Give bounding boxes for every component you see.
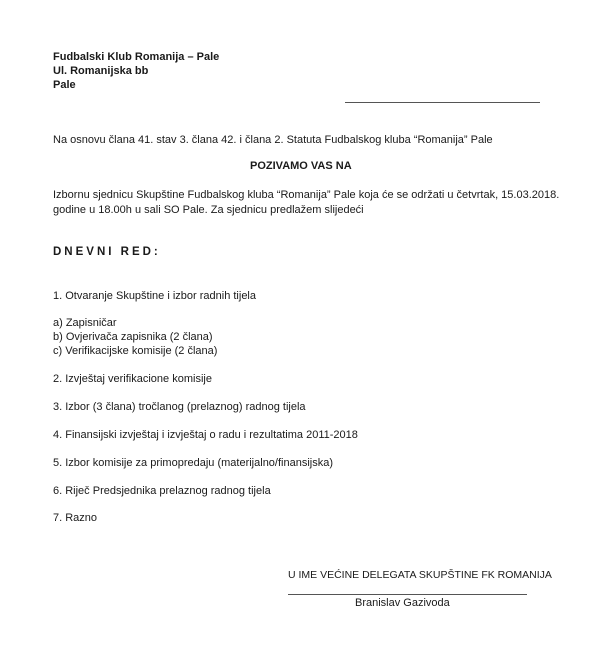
recipient-blank-line (345, 102, 540, 103)
agenda-subitem-c: c) Verifikacijske komisije (2 člana) (53, 344, 217, 358)
sender-name: Fudbalski Klub Romanija – Pale (53, 50, 219, 64)
signatory-name: Branislav Gazivoda (355, 596, 450, 610)
signature-title: U IME VEĆINE DELEGATA SKUPŠTINE FK ROMAN… (288, 568, 552, 582)
legal-basis: Na osnovu člana 41. stav 3. člana 42. i … (53, 133, 493, 147)
agenda-subitem-b: b) Ovjerivača zapisnika (2 člana) (53, 330, 213, 344)
sender-city: Pale (53, 78, 76, 92)
signature-line (288, 594, 527, 595)
invitation-heading: POZIVAMO VAS NA (250, 159, 352, 173)
agenda-subitem-a: a) Zapisničar (53, 316, 117, 330)
agenda-item-3: 3. Izbor (3 člana) tročlanog (prelaznog)… (53, 400, 306, 414)
agenda-item-7: 7. Razno (53, 511, 97, 525)
agenda-item-1: 1. Otvaranje Skupštine i izbor radnih ti… (53, 289, 256, 303)
agenda-item-5: 5. Izbor komisije za primopredaju (mater… (53, 456, 333, 470)
agenda-item-6: 6. Riječ Predsjednika prelaznog radnog t… (53, 484, 271, 498)
agenda-item-2: 2. Izvještaj verifikacione komisije (53, 372, 212, 386)
invitation-line-1: Izbornu sjednicu Skupštine Fudbalskog kl… (53, 188, 559, 202)
sender-address: Ul. Romanijska bb (53, 64, 148, 78)
agenda-item-4: 4. Finansijski izvještaj i izvještaj o r… (53, 428, 358, 442)
invitation-line-2: godine u 18.00h u sali SO Pale. Za sjedn… (53, 203, 364, 217)
agenda-title: DNEVNI RED: (53, 245, 161, 259)
